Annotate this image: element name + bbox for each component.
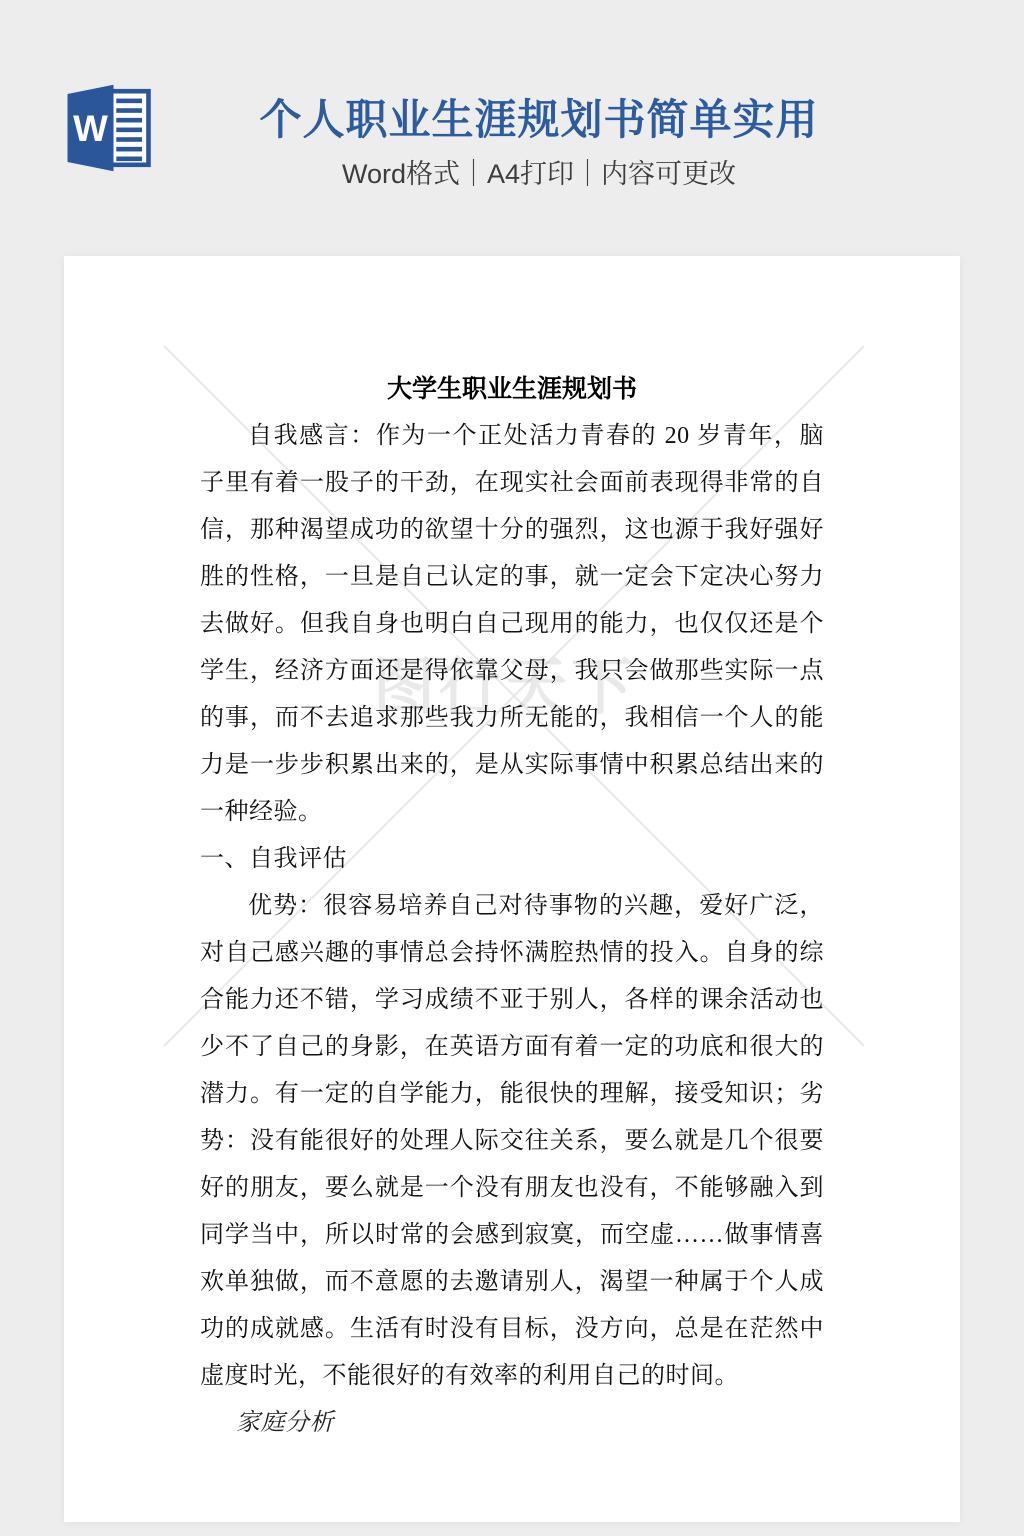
template-preview-screen: { "header": { "title": "个人职业生涯规划书简单实用", …	[0, 0, 1024, 1536]
document-page: 图行天下 大学生职业生涯规划书 自我感言：作为一个正处活力青春的 20 岁青年，…	[64, 256, 960, 1522]
section-heading: 一、自我评估	[200, 836, 824, 883]
paragraph: 优势：很容易培养自己对待事物的兴趣，爱好广泛，对自己感兴趣的事情总会持怀满腔热情…	[200, 883, 824, 1400]
page-subtitle: Word格式｜A4打印｜内容可更改	[27, 158, 1024, 190]
paragraph: 家庭分析	[200, 1400, 824, 1447]
document-title: 大学生职业生涯规划书	[200, 366, 824, 413]
document-body: 自我感言：作为一个正处活力青春的 20 岁青年，脑子里有着一股子的干劲，在现实社…	[200, 413, 824, 1447]
page-title: 个人职业生涯规划书简单实用	[27, 96, 1024, 144]
paragraph: 自我感言：作为一个正处活力青春的 20 岁青年，脑子里有着一股子的干劲，在现实社…	[200, 413, 824, 836]
header: W 个人职业生涯规划书简单实用 Word格式｜A4打印｜内容可更改	[0, 0, 1024, 256]
header-titles: 个人职业生涯规划书简单实用 Word格式｜A4打印｜内容可更改	[27, 0, 1024, 190]
